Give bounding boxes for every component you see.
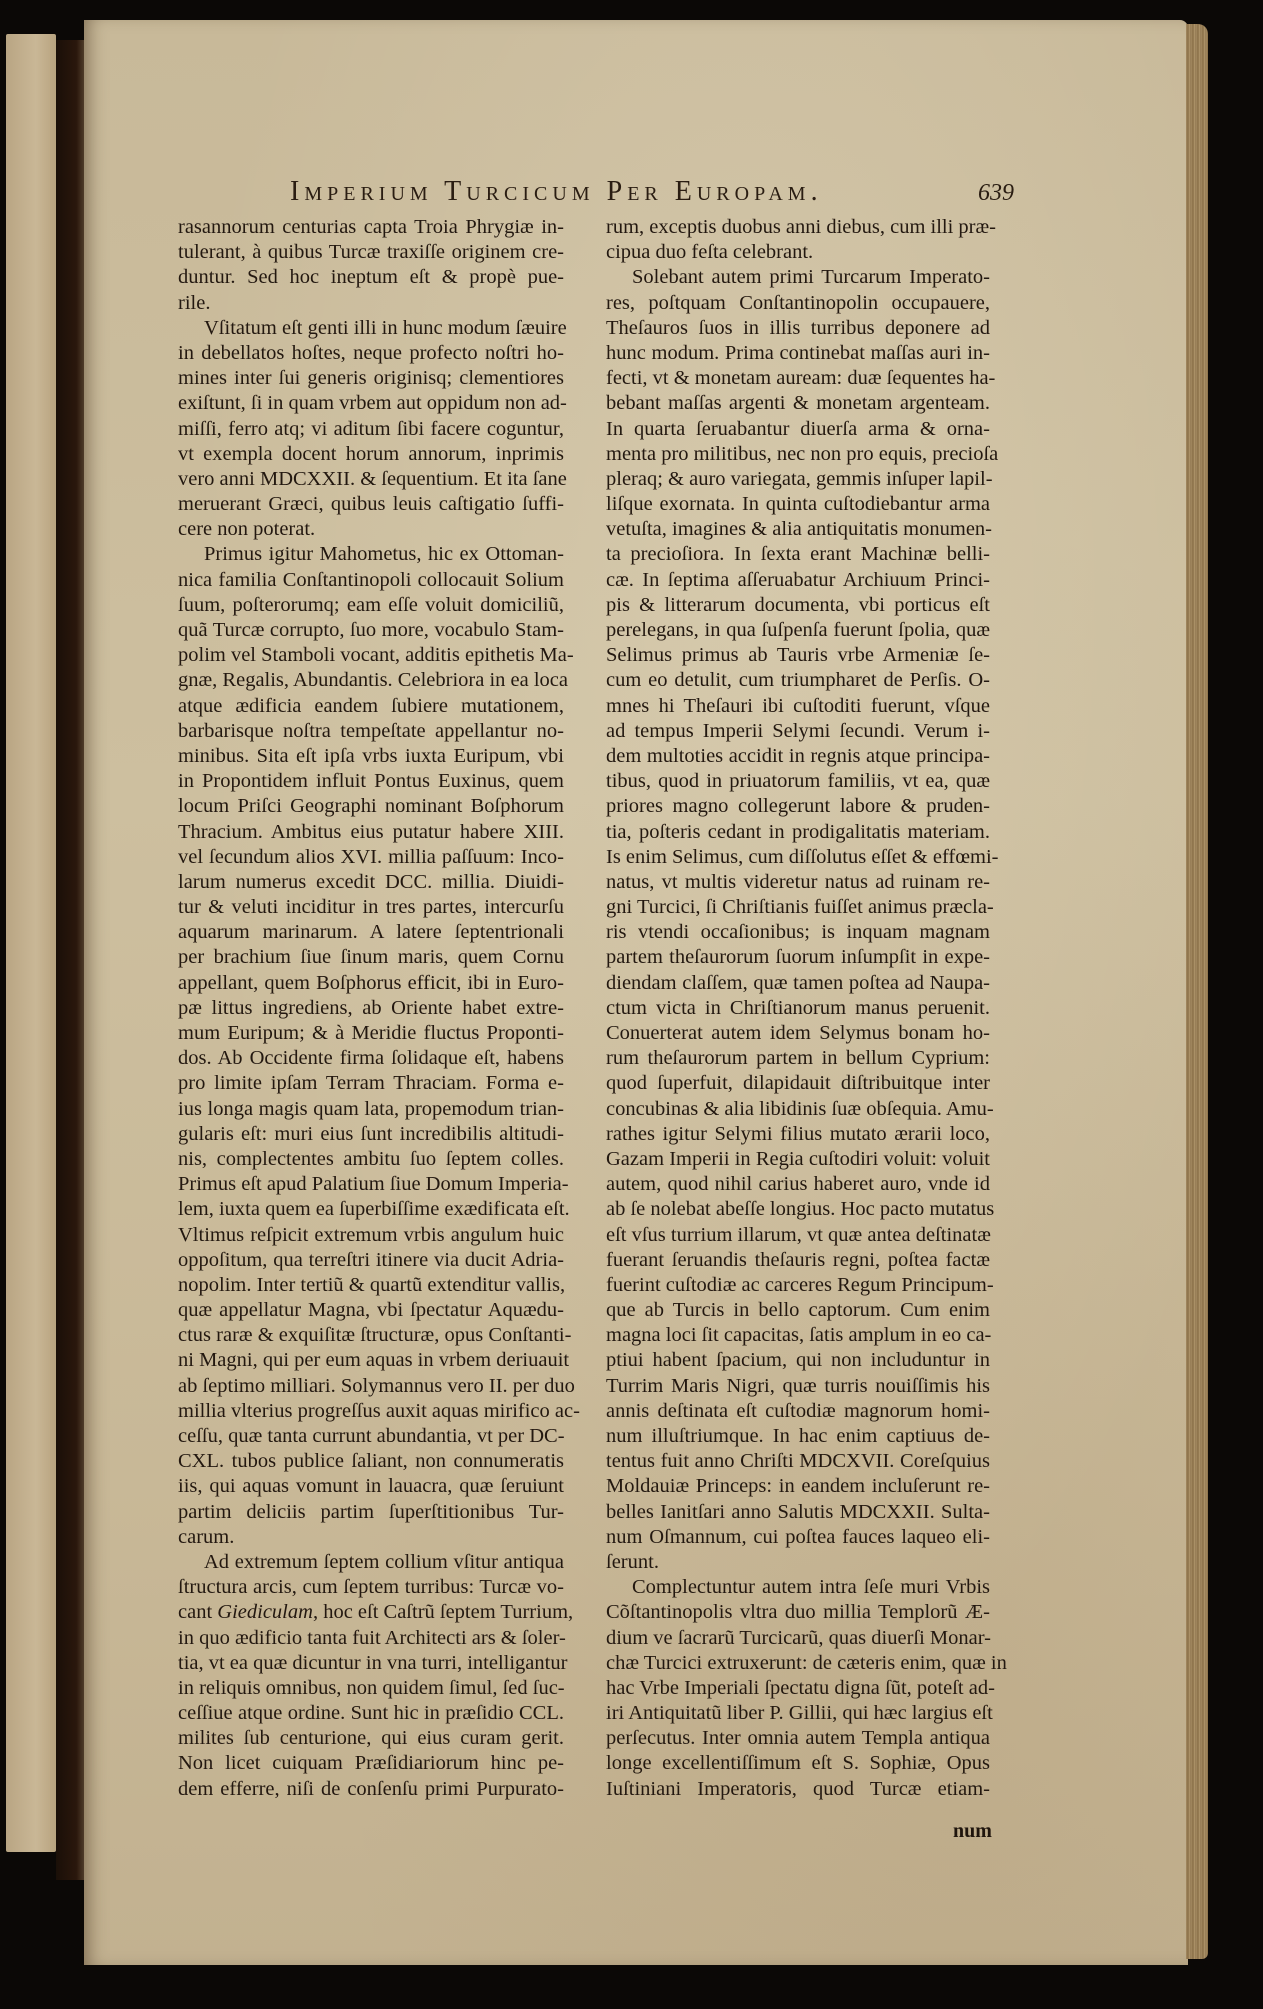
text-line: ab ſeptimo milliari. Solymannus vero II.… [178,1374,564,1399]
text-line: longe excellentiſſimum eſt S. Sophiæ, Op… [606,1751,990,1776]
text-line: iis, qui aquas vomunt in lauacra, quæ ſe… [178,1474,564,1499]
text-line: duntur. Sed hoc ineptum eſt & propè pue- [178,265,564,290]
text-line: polim vel Stamboli vocant, additis epith… [178,643,564,668]
text-line: dos. Ab Occidente firma ſolidaque eſt, h… [178,1046,564,1071]
text-line: Cõſtantinopolis vltra duo millia Templor… [606,1600,990,1625]
text-line: menta pro militibus, nec non pro equis, … [606,442,990,467]
text-line: Gazam Imperii in Regia cuſtodiri voluit:… [606,1147,990,1172]
text-line: ris vtendi occaſionibus; is inquam magna… [606,920,990,945]
catchword: num [953,1820,992,1843]
text-line: Conuerterat autem idem Selymus bonam ho- [606,1021,990,1046]
text-line: Selimus primus ab Tauris vrbe Armeniæ ſe… [606,643,990,668]
text-line: ius longa magis quam lata, propemodum tr… [178,1097,564,1122]
text-line: gularis eſt: muri eius ſunt incredibilis… [178,1122,564,1147]
text-line: gni Turcici, ſi Chriſtianis fuiſſet anim… [606,895,990,920]
text-line: tur & veluti inciditur in tres partes, i… [178,895,564,920]
text-line: tia, vt ea quæ dicuntur in vna turri, in… [178,1651,564,1676]
text-line: pro limite ipſam Terram Thraciam. Forma … [178,1071,564,1096]
text-line: Iuſtiniani Imperatoris, quod Turcæ etiam… [606,1777,990,1802]
text-line: dem efferre, niſi de conſenſu primi Purp… [178,1777,564,1802]
facing-page-edge [6,34,56,1852]
text-line: In quarta ſeruabantur diuerſa arma & orn… [606,417,990,442]
text-line: mines inter ſui generis originisq; cleme… [178,366,564,391]
text-line: minibus. Sita eſt ipſa vrbs iuxta Euripu… [178,744,564,769]
text-line: rum theſaurorum partem in bellum Cyprium… [606,1046,990,1071]
text-line: Ad extremum ſeptem collium vſitur antiqu… [178,1550,564,1575]
text-line: milites ſub centurione, qui eius curam g… [178,1726,564,1751]
text-line: appellant, quem Boſphorus efficit, ibi i… [178,971,564,996]
text-line: ptiui habent ſpacium, qui non includuntu… [606,1348,990,1373]
text-line: vero anni MDCXXII. & ſequentium. Et ita … [178,467,564,492]
text-line: iri Antiquitatũ liber P. Gillii, qui hæc… [606,1701,990,1726]
text-line: belles Ianitſari anno Salutis MDCXXII. S… [606,1500,990,1525]
text-line: locum Priſci Geographi nominant Boſphoru… [178,794,564,819]
text-line: quã Turcæ corrupto, ſuo more, vocabulo S… [178,618,564,643]
text-line: dium ve ſacrarũ Turcicarũ, quas diuerſi … [606,1626,990,1651]
text-line: bebant maſſas argenti & monetam argentea… [606,391,990,416]
text-line: tulerant, à quibus Turcæ traxiſſe origin… [178,240,564,265]
text-line: CXL. tubos publice ſaliant, non connumer… [178,1449,564,1474]
text-line: quod ſuperfuit, dilapidauit diſtribuitqu… [606,1071,990,1096]
text-line: ſtructura arcis, cum ſeptem turribus: Tu… [178,1575,564,1600]
text-line: partem theſaurorum ſuorum inſumpſit in e… [606,945,990,970]
text-line: eſt vſus turrium illarum, vt quæ antea d… [606,1223,990,1248]
text-line: cum eo detulit, cum triumpharet de Perſi… [606,668,990,693]
text-line: nopolim. Inter tertiũ & quartũ extenditu… [178,1273,564,1298]
text-line: partim deliciis partim ſuperſtitionibus … [178,1500,564,1525]
text-line: cant Giediculam, hoc eſt Caſtrũ ſeptem T… [178,1600,564,1625]
text-line: ta precioſiora. In ſexta erant Machinæ b… [606,542,990,567]
text-line: hunc modum. Prima continebat maſſas auri… [606,341,990,366]
text-line: priores magno collegerunt labore & prude… [606,794,990,819]
running-head: Imperium Turcicum Per Europam. [290,176,880,208]
text-line: Complectuntur autem intra ſeſe muri Vrbi… [606,1575,990,1600]
text-line: rile. [178,291,564,316]
text-line: ſerunt. [606,1550,990,1575]
text-line: fuerint cuſtodiæ ac carceres Regum Princ… [606,1273,990,1298]
text-line: rathes igitur Selymi filius mutato ærari… [606,1122,990,1147]
text-line: exiſtunt, ſi in quam vrbem aut oppidum n… [178,391,564,416]
text-line: num Oſmannum, cui poſtea fauces laqueo e… [606,1525,990,1550]
right-text-column: rum, exceptis duobus anni diebus, cum il… [606,215,990,1802]
text-line: Non licet cuiquam Præſidiariorum hinc pe… [178,1751,564,1776]
text-line: gnæ, Regalis, Abundantis. Celebriora in … [178,668,564,693]
text-line: magna loci ſit capacitas, ſatis amplum i… [606,1323,990,1348]
text-line: hac Vrbe Imperiali ſpectatu digna ſũt, p… [606,1676,990,1701]
text-line: carum. [178,1525,564,1550]
text-line: ni Magni, qui per eum aquas in vrbem der… [178,1348,564,1373]
italic-word: Giediculam [217,1601,313,1623]
text-line: millia vlterius progreſſus auxit aquas m… [178,1399,564,1424]
text-line: autem, quod nihil carius haberet auro, v… [606,1172,990,1197]
text-line: Turrim Maris Nigri, quæ turris nouiſſimi… [606,1374,990,1399]
text-line: natus, vt multis videretur natus ad ruin… [606,870,990,895]
text-line: ad tempus Imperii Selymi ſecundi. Verum … [606,719,990,744]
text-line: tia, poſteris cedant in prodigalitatis m… [606,820,990,845]
text-line: fecti, vt & monetam auream: duæ ſequente… [606,366,990,391]
text-line: miſſi, ferro atq; vi aditum ſibi facere … [178,417,564,442]
text-line: in quo ædificio tanta fuit Architecti ar… [178,1626,564,1651]
text-line: cæ. In ſeptima aſſeruabatur Archiuum Pri… [606,568,990,593]
text-line: ceſſu, quæ tanta currunt abundantia, vt … [178,1424,564,1449]
page-number: 639 [978,180,1014,207]
text-line: Primus eſt apud Palatium ſiue Domum Impe… [178,1172,564,1197]
text-line: perelegans, in qua ſuſpenſa fuerunt ſpol… [606,618,990,643]
text-line: liſque exornata. In quinta cuſtodiebantu… [606,492,990,517]
text-line: ceſſiue atque ordine. Sunt hic in præſid… [178,1701,564,1726]
text-line: Vltimus reſpicit extremum vrbis angulum … [178,1223,564,1248]
text-line: larum numerus excedit DCC. millia. Diuid… [178,870,564,895]
text-line: rum, exceptis duobus anni diebus, cum il… [606,215,990,240]
text-line: Primus igitur Mahometus, hic ex Ottoman- [178,542,564,567]
text-line: mum Euripum; & à Meridie fluctus Propont… [178,1021,564,1046]
text-line: ſuum, poſterorumq; eam eſſe voluit domic… [178,593,564,618]
text-line: num illuſtriumque. In hac enim captiuus … [606,1424,990,1449]
text-line: tibus, quod in priuatorum familiis, vt e… [606,769,990,794]
page-edge-stack [1186,24,1208,1959]
text-line: ctus raræ & exquiſitæ ſtructuræ, opus Co… [178,1323,564,1348]
text-line: pæ littus ingrediens, ab Oriente habet e… [178,996,564,1021]
text-line: cipua duo feſta celebrant. [606,240,990,265]
text-line: aquarum marinarum. A latere ſeptentriona… [178,920,564,945]
text-line: que ab Turcis in bello captorum. Cum eni… [606,1298,990,1323]
text-line: barbarisque noſtra tempeſtate appellantu… [178,719,564,744]
text-line: meruerant Græci, quibus leuis caſtigatio… [178,492,564,517]
text-line: diendam claſſem, quæ tamen poſtea ad Nau… [606,971,990,996]
text-line: tentus fuit anno Chriſti MDCXVII. Coreſq… [606,1449,990,1474]
text-line: in Propontidem influit Pontus Euxinus, q… [178,769,564,794]
text-line: concubinas & alia libidinis ſuæ obſequia… [606,1097,990,1122]
text-line: pis & litterarum documenta, vbi porticus… [606,593,990,618]
text-line: mnes hi Theſauri ibi cuſtoditi fuerunt, … [606,694,990,719]
text-line: per brachium ſiue ſinum maris, quem Corn… [178,945,564,970]
text-line: oppoſitum, qua terreſtri itinere via duc… [178,1248,564,1273]
text-line: dem multoties accidit in regnis atque pr… [606,744,990,769]
text-line: vel ſecundum alios XVI. millia paſſuum: … [178,845,564,870]
text-line: rasannorum centurias capta Troia Phrygiæ… [178,215,564,240]
text-line: pleraq; & auro variegata, gemmis inſuper… [606,467,990,492]
text-line: lem, iuxta quem ea ſuperbiſſime exædific… [178,1197,564,1222]
text-line: nica familia Conſtantinopoli collocauit … [178,568,564,593]
text-line: nis, complectentes ambitu ſuo ſeptem col… [178,1147,564,1172]
text-line: atque ædificia eandem ſubiere mutationem… [178,694,564,719]
text-line: Is enim Selimus, cum diſſolutus eſſet & … [606,845,990,870]
text-line: chæ Turcici extruxerunt: de cæteris enim… [606,1651,990,1676]
text-line: vetuſta, imagines & alia antiquitatis mo… [606,517,990,542]
text-line: res, poſtquam Conſtantinopolin occupauer… [606,291,990,316]
text-line: fuerant ſeruandis theſauris regni, poſte… [606,1248,990,1273]
text-line: Thracium. Ambitus eius putatur habere XI… [178,820,564,845]
text-line: annis deſtinata eſt cuſtodiæ magnorum ho… [606,1399,990,1424]
text-line: Moldauiæ Princeps: in eandem incluſerunt… [606,1474,990,1499]
text-line: perſecutus. Inter omnia autem Templa ant… [606,1726,990,1751]
text-line: in reliquis omnibus, non quidem ſimul, ſ… [178,1676,564,1701]
text-line: vt exempla docent horum annorum, inprimi… [178,442,564,467]
text-line: Solebant autem primi Turcarum Imperato- [606,265,990,290]
text-line: ctum victa in Chriſtianorum manus peruen… [606,996,990,1021]
text-line: ab ſe nolebat abeſſe longius. Hoc pacto … [606,1197,990,1222]
text-line: in debellatos hoſtes, neque profecto noſ… [178,341,564,366]
text-line: Vſitatum eſt genti illi in hunc modum ſæ… [178,316,564,341]
text-line: Theſauros ſuos in illis turribus deponer… [606,316,990,341]
left-text-column: rasannorum centurias capta Troia Phrygiæ… [178,215,564,1802]
text-line: quæ appellatur Magna, vbi ſpectatur Aquæ… [178,1298,564,1323]
text-line: cere non poterat. [178,517,564,542]
